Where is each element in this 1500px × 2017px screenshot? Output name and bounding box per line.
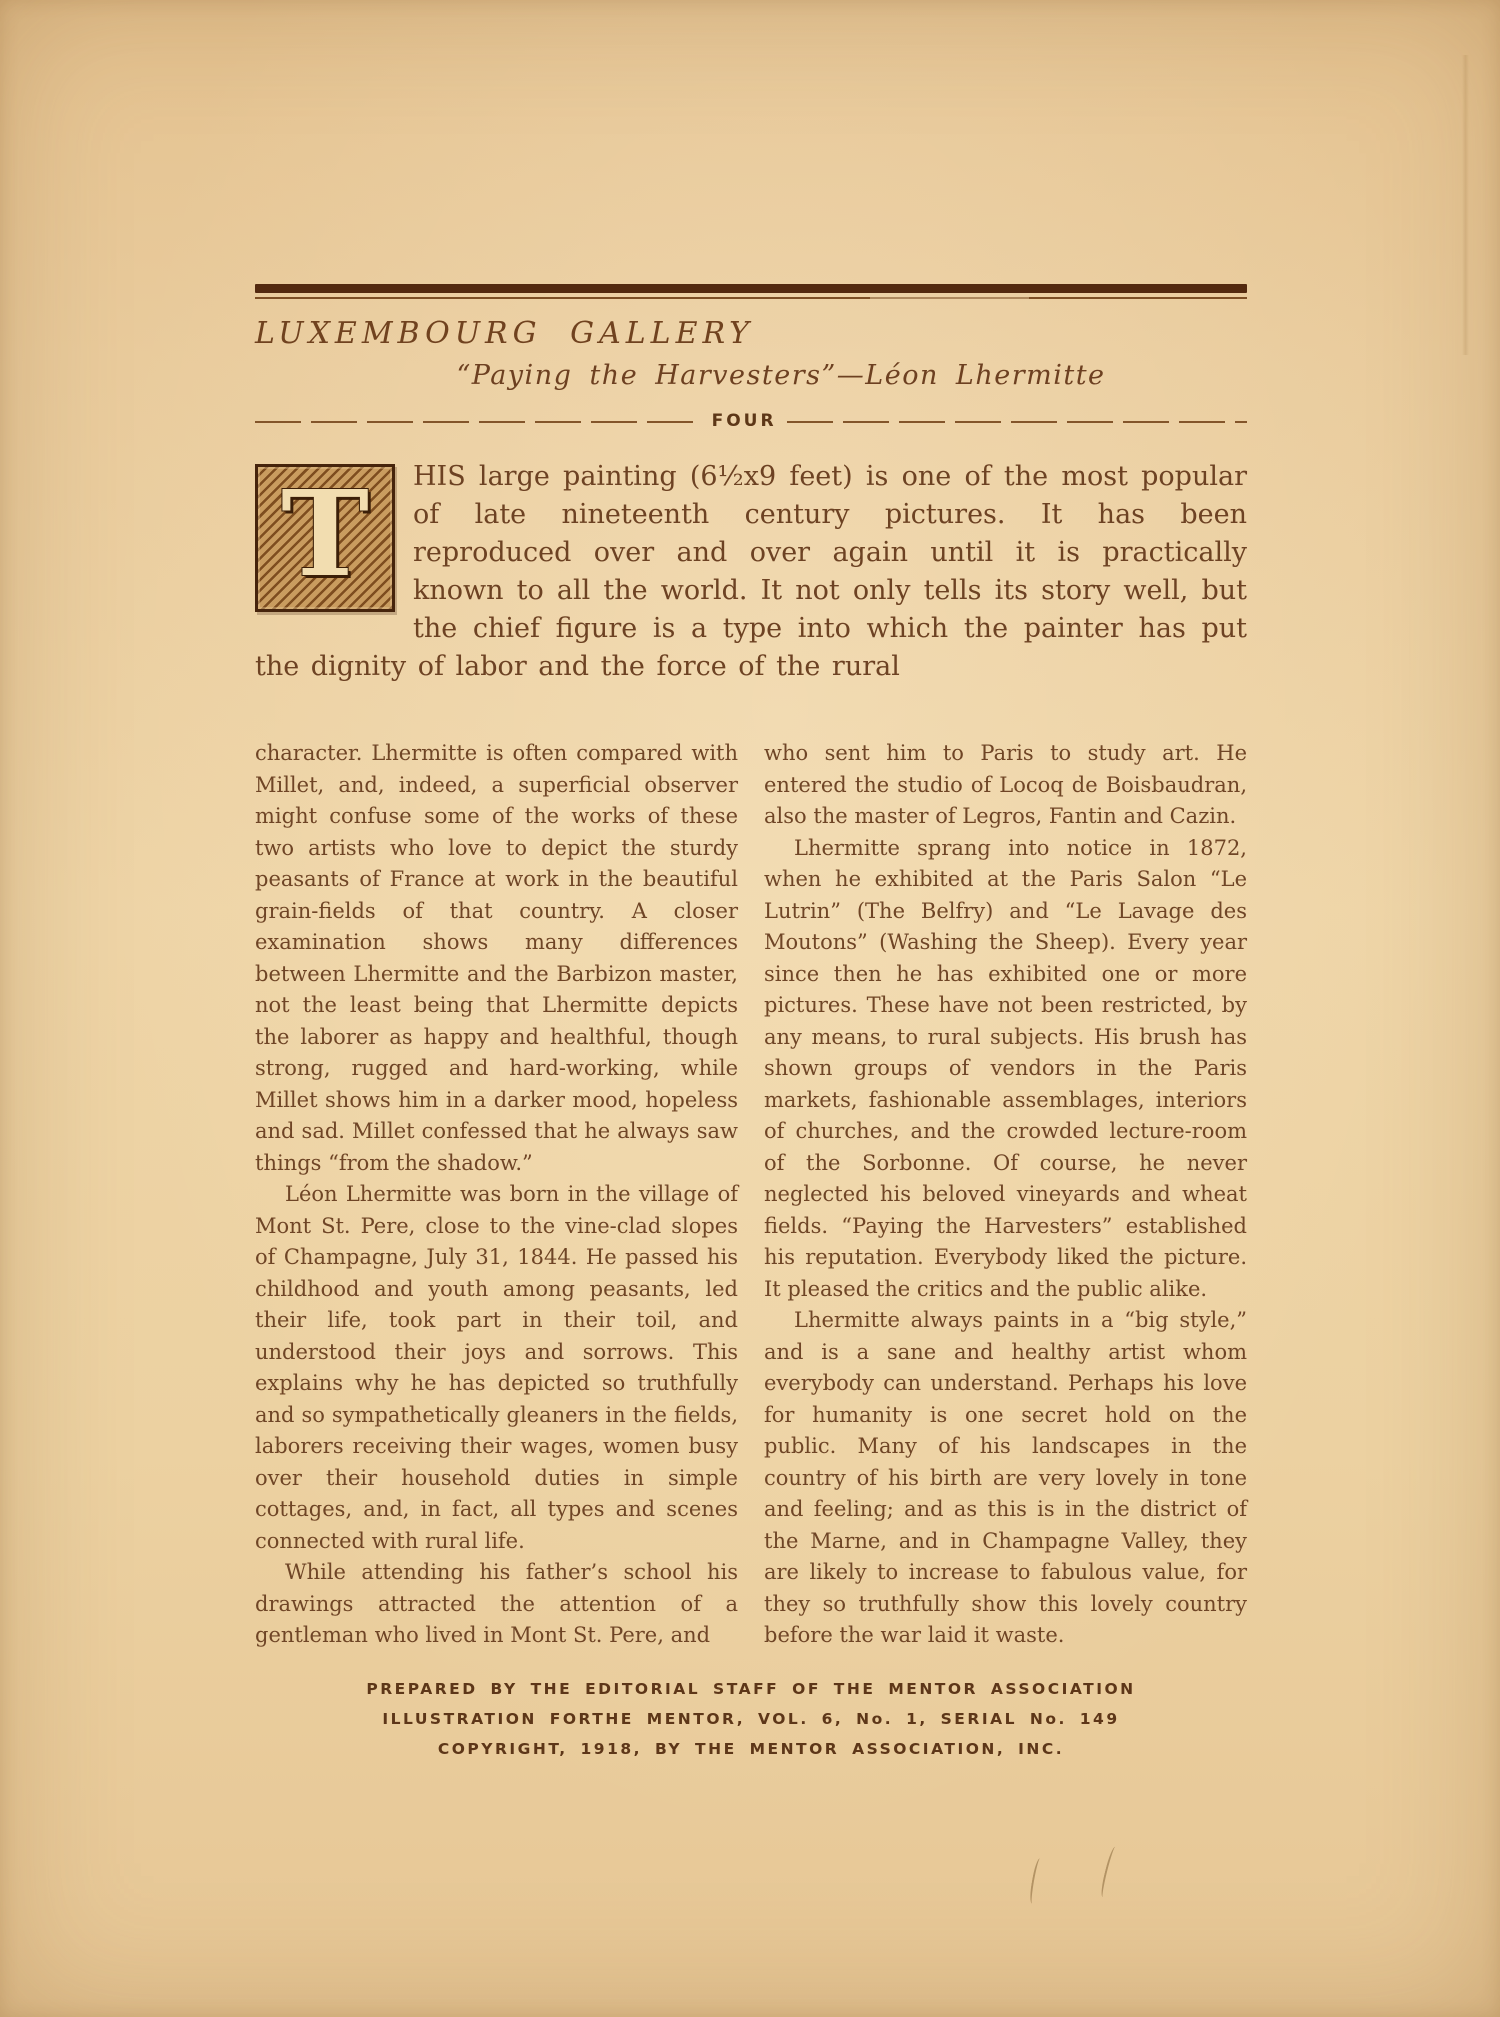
- intro-paragraph: THIS large painting (6½x9 feet) is one o…: [255, 458, 1247, 686]
- header-rule-thick: [255, 284, 1247, 293]
- body-paragraph: Lhermitte sprang into notice in 1872, wh…: [764, 833, 1247, 1306]
- body-columns: character. Lhermitte is often compared w…: [255, 738, 1247, 1652]
- divider-dash-right: [787, 421, 1247, 423]
- footer-line-2: ILLUSTRATION FORTHE MENTOR, VOL. 6, No. …: [255, 1704, 1247, 1734]
- body-paragraph: Lhermitte always paints in a “big style,…: [764, 1305, 1247, 1652]
- section-number-label: FOUR: [702, 411, 787, 431]
- header-rule-thin: [255, 297, 1247, 299]
- editorial-footer: PREPARED BY THE EDITORIAL STAFF OF THE M…: [255, 1674, 1247, 1764]
- scan-artifact: [1099, 1846, 1119, 1898]
- body-paragraph: Léon Lhermitte was born in the village o…: [255, 1179, 738, 1557]
- drop-cap-letter: T: [281, 475, 369, 593]
- artwork-subtitle: “Paying the Harvesters”—Léon Lhermitte: [255, 360, 1247, 391]
- scan-artifact: [1028, 1858, 1044, 1905]
- drop-cap-box: T: [255, 464, 395, 612]
- intro-text: HIS large painting (6½x9 feet) is one of…: [255, 461, 1247, 682]
- paper-crease: [1462, 55, 1469, 355]
- page-title: LUXEMBOURG GALLERY: [255, 316, 1247, 351]
- divider-dash-left: [255, 421, 702, 423]
- right-column: who sent him to Paris to study art. He e…: [764, 738, 1247, 1652]
- body-paragraph: character. Lhermitte is often compared w…: [255, 738, 738, 1179]
- body-paragraph: who sent him to Paris to study art. He e…: [764, 738, 1247, 833]
- footer-line-3: COPYRIGHT, 1918, BY THE MENTOR ASSOCIATI…: [255, 1734, 1247, 1764]
- section-divider: FOUR: [255, 412, 1247, 432]
- body-paragraph: While attending his father’s school his …: [255, 1557, 738, 1652]
- footer-line-1: PREPARED BY THE EDITORIAL STAFF OF THE M…: [255, 1674, 1247, 1704]
- magazine-page: LUXEMBOURG GALLERY “Paying the Harvester…: [255, 284, 1247, 1764]
- left-column: character. Lhermitte is often compared w…: [255, 738, 738, 1652]
